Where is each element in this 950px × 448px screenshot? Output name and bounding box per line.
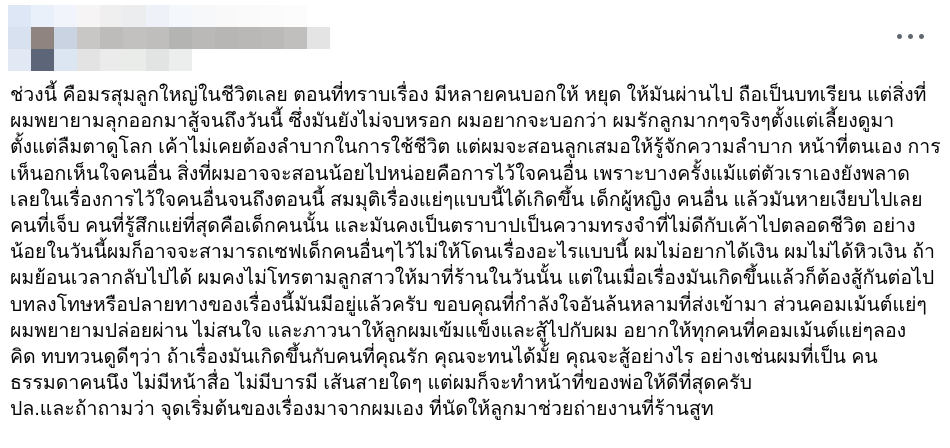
mosaic-cell <box>100 27 123 49</box>
more-options-icon <box>897 34 924 39</box>
mosaic-cell <box>8 5 31 27</box>
mosaic-cell <box>31 49 54 71</box>
mosaic-cell <box>54 49 77 71</box>
mosaic-cell <box>307 27 330 49</box>
mosaic-cell <box>77 5 100 27</box>
censored-profile-area[interactable] <box>8 5 330 71</box>
mosaic-cell <box>169 5 192 27</box>
mosaic-cell <box>146 5 169 27</box>
mosaic-cell <box>215 5 238 27</box>
post-text-line: ธรรมดาคนนึง ไม่มีหน้าสื่อ ไม่มีบารมี เส้… <box>10 370 946 396</box>
post-text-line: ผมพยายามปล่อยผ่าน ไม่สนใจ และภาวนาให้ลูก… <box>10 318 946 344</box>
mosaic-cell <box>192 27 215 49</box>
post-text-line: ตั้งแต่ลืมตาดูโลก เค้าไม่เคยต้องลำบากในก… <box>10 134 946 160</box>
mosaic-cell <box>8 49 31 71</box>
more-options-button[interactable] <box>891 28 930 45</box>
mosaic-cell <box>169 27 192 49</box>
mosaic-cell <box>146 49 169 71</box>
mosaic-cell <box>215 27 238 49</box>
mosaic-cell <box>123 49 146 71</box>
mosaic-cell <box>261 5 284 27</box>
post-text-line: คนที่เจ็บ คนที่รู้สึกแย่ที่สุดคือเด็กคนน… <box>10 213 946 239</box>
post-card: ช่วงนี้ คือมรสุมลูกใหญ่ในชีวิตเลย ตอนที่… <box>0 0 950 448</box>
mosaic-cell <box>284 27 307 49</box>
mosaic-cell <box>238 27 261 49</box>
post-text-line: ปล.และถ้าถามว่า จุดเริ่มต้นของเรื่องมาจา… <box>10 396 946 422</box>
post-text-line: ช่วงนี้ คือมรสุมลูกใหญ่ในชีวิตเลย ตอนที่… <box>10 82 946 108</box>
post-text-line: เห็นอกเห็นใจคนอื่น สิ่งที่ผมอาจจะสอนน้อย… <box>10 161 946 187</box>
mosaic-cell <box>31 27 54 49</box>
mosaic-cell <box>123 27 146 49</box>
mosaic-cell <box>261 27 284 49</box>
mosaic-cell <box>100 49 123 71</box>
post-text-line: คิด ทบทวนดูดีๆว่า ถ้าเรื่องมันเกิดขึ้นกั… <box>10 344 946 370</box>
mosaic-cell <box>238 5 261 27</box>
mosaic-cell <box>54 5 77 27</box>
mosaic-cell <box>77 49 100 71</box>
mosaic-cell <box>8 27 31 49</box>
mosaic-cell <box>192 5 215 27</box>
post-text-line: น้อยในวันนี้ผมก็อาจจะสามารถเซฟเด็กคนอื่น… <box>10 239 946 265</box>
mosaic-cell <box>146 27 169 49</box>
post-text-line: บทลงโทษหรือปลายทางของเรื่องนี้มันมีอยู่แ… <box>10 292 946 318</box>
post-text-line: ผมย้อนเวลากลับไปได้ ผมคงไม่โทรตามลูกสาวใ… <box>10 265 946 291</box>
post-text: ช่วงนี้ คือมรสุมลูกใหญ่ในชีวิตเลย ตอนที่… <box>0 78 950 423</box>
post-text-line: ผมพยายามลุกออกมาสู้จนถึงวันนี้ ซึ่งมันยั… <box>10 108 946 134</box>
mosaic-cell <box>54 27 77 49</box>
mosaic-cell <box>284 5 307 27</box>
mosaic-cell <box>100 5 123 27</box>
mosaic-cell <box>123 5 146 27</box>
mosaic-cell <box>169 49 192 71</box>
post-header <box>0 0 950 78</box>
post-text-line: เลยในเรื่องการไว้ใจคนอื่นจนถึงตอนนี้ สมม… <box>10 187 946 213</box>
mosaic-cell <box>77 27 100 49</box>
mosaic-cell <box>31 5 54 27</box>
